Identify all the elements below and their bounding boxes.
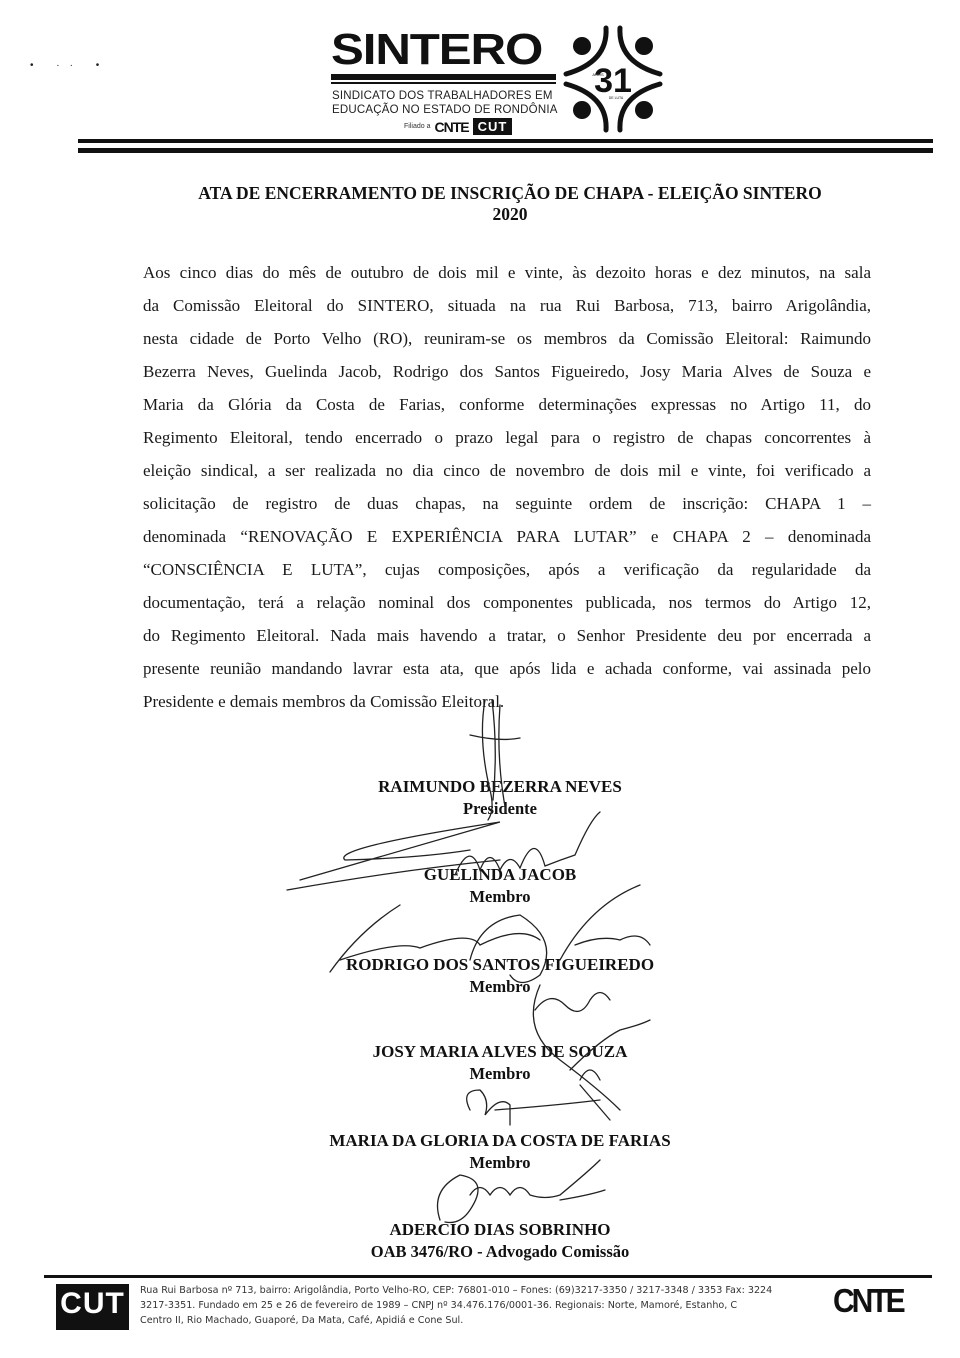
- affiliation-label: Filiado a: [404, 123, 430, 130]
- cnte-logo-small: CNTE: [434, 119, 468, 135]
- signatory-role: OAB 3476/RO - Advogado Comissão: [200, 1241, 800, 1263]
- document-body: Aos cinco dias do mês de outubro de dois…: [143, 256, 871, 718]
- body-text-line: Regimento Eleitoral, tendo encerrado o p…: [143, 421, 871, 454]
- sintero-logo-wordmark: SINTERO: [331, 28, 542, 72]
- footer-line3: Centro II, Rio Machado, Guaporé, Da Mata…: [140, 1313, 830, 1328]
- signatory-name: GUELINDA JACOB: [200, 864, 800, 886]
- org-name-line2: EDUCAÇÃO NO ESTADO DE RONDÔNIA: [332, 103, 558, 117]
- anniversary-emblem-icon: 31 ANOS DE LUTA: [558, 24, 668, 134]
- logo-underline-thin: [331, 82, 556, 84]
- title-line2: 2020: [140, 204, 880, 225]
- signatory-name: RODRIGO DOS SANTOS FIGUEIREDO: [200, 954, 800, 976]
- signatory-role: Membro: [200, 1152, 800, 1174]
- signatory-name: MARIA DA GLORIA DA COSTA DE FARIAS: [200, 1130, 800, 1152]
- signatory-role: Membro: [200, 1063, 800, 1085]
- signatory-role: Presidente: [200, 798, 800, 820]
- body-text-line: “CONSCIÊNCIA E LUTA”, cujas composições,…: [143, 553, 871, 586]
- logo-underline: [331, 74, 556, 80]
- footer-address: Rua Rui Barbosa nº 713, bairro: Arigolân…: [140, 1283, 830, 1328]
- affiliation: Filiado a CNTE CUT: [404, 118, 512, 135]
- footer-line2: 3217-3351. Fundado em 25 e 26 de feverei…: [140, 1298, 830, 1313]
- cut-logo-text: CUT: [60, 1287, 125, 1320]
- footer-rule: [44, 1275, 932, 1278]
- scan-artifact-dots: • ·· •: [30, 60, 109, 71]
- cut-logo: CUT: [56, 1284, 129, 1330]
- body-text-line: documentação, terá a relação nominal dos…: [143, 586, 871, 619]
- body-text-line: eleição sindical, a ser realizada no dia…: [143, 454, 871, 487]
- signatory-member: JOSY MARIA ALVES DE SOUZA Membro: [200, 1041, 800, 1085]
- signatory-president: RAIMUNDO BEZERRA NEVES Presidente: [200, 776, 800, 820]
- body-text-line: nesta cidade de Porto Velho (RO), reunir…: [143, 322, 871, 355]
- header-rule-top: [78, 139, 933, 143]
- cnte-logo: CNTE: [833, 1282, 903, 1322]
- body-text-line: do Regimento Eleitoral. Nada mais havend…: [143, 619, 871, 652]
- signatory-role: Membro: [200, 886, 800, 908]
- signatory-name: ADERCIO DIAS SOBRINHO: [200, 1219, 800, 1241]
- org-full-name: SINDICATO DOS TRABALHADORES EM EDUCAÇÃO …: [332, 89, 558, 117]
- title-line1: ATA DE ENCERRAMENTO DE INSCRIÇÃO DE CHAP…: [140, 183, 880, 204]
- signatory-role: Membro: [200, 976, 800, 998]
- svg-text:31: 31: [594, 62, 632, 100]
- signatory-lawyer: ADERCIO DIAS SOBRINHO OAB 3476/RO - Advo…: [200, 1219, 800, 1263]
- body-text-line: Bezerra Neves, Guelinda Jacob, Rodrigo d…: [143, 355, 871, 388]
- body-text-line: denominada “RENOVAÇÃO E EXPERIÊNCIA PARA…: [143, 520, 871, 553]
- body-text-line: Presidente e demais membros da Comissão …: [143, 685, 871, 718]
- body-text-line: Aos cinco dias do mês de outubro de dois…: [143, 256, 871, 289]
- body-text-line: Maria da Glória da Costa de Farias, conf…: [143, 388, 871, 421]
- svg-text:ANOS: ANOS: [592, 72, 604, 77]
- signatory-member: GUELINDA JACOB Membro: [200, 864, 800, 908]
- svg-text:DE LUTA: DE LUTA: [609, 96, 624, 100]
- body-text-line: da Comissão Eleitoral do SINTERO, situad…: [143, 289, 871, 322]
- document-title: ATA DE ENCERRAMENTO DE INSCRIÇÃO DE CHAP…: [140, 183, 880, 225]
- body-text-line: presente reunião mandando lavrar esta at…: [143, 652, 871, 685]
- org-name-line1: SINDICATO DOS TRABALHADORES EM: [332, 89, 558, 103]
- signatory-name: RAIMUNDO BEZERRA NEVES: [200, 776, 800, 798]
- signatory-member: MARIA DA GLORIA DA COSTA DE FARIAS Membr…: [200, 1130, 800, 1174]
- body-text-line: solicitação de registro de duas chapas, …: [143, 487, 871, 520]
- signatory-member: RODRIGO DOS SANTOS FIGUEIREDO Membro: [200, 954, 800, 998]
- footer-line1: Rua Rui Barbosa nº 713, bairro: Arigolân…: [140, 1283, 830, 1298]
- cut-logo-small: CUT: [473, 118, 513, 135]
- signatory-name: JOSY MARIA ALVES DE SOUZA: [200, 1041, 800, 1063]
- header-rule-bottom: [78, 148, 933, 153]
